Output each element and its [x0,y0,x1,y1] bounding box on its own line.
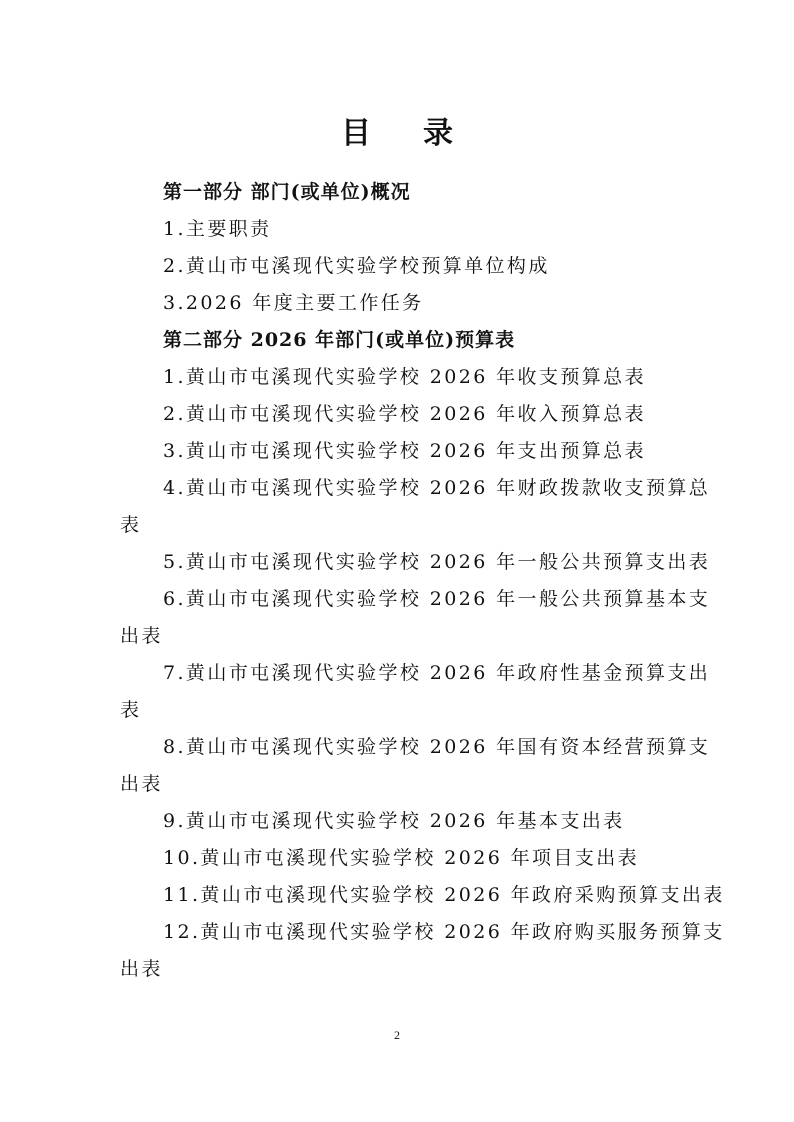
toc-item-continuation: 表 [120,507,700,544]
toc-item-continuation: 表 [120,692,700,729]
toc-item: 3.2026 年度主要工作任务 [120,285,700,322]
toc-item: 2.黄山市屯溪现代实验学校 2026 年收入预算总表 [120,396,700,433]
toc-item: 9.黄山市屯溪现代实验学校 2026 年基本支出表 [120,803,700,840]
toc-item: 2.黄山市屯溪现代实验学校预算单位构成 [120,248,700,285]
toc-item: 4.黄山市屯溪现代实验学校 2026 年财政拨款收支预算总 [120,470,700,507]
toc-item: 1.黄山市屯溪现代实验学校 2026 年收支预算总表 [120,359,700,396]
toc-item-continuation: 出表 [120,951,700,988]
toc-item: 3.黄山市屯溪现代实验学校 2026 年支出预算总表 [120,433,700,470]
toc-item: 1.主要职责 [120,211,700,248]
toc-part-2-heading: 第二部分 2026 年部门(或单位)预算表 [120,322,700,359]
toc-item-continuation: 出表 [120,618,700,655]
page-title: 目录 [0,108,794,152]
toc-item: 6.黄山市屯溪现代实验学校 2026 年一般公共预算基本支 [120,581,700,618]
title-char-right: 录 [423,108,453,152]
toc-item: 12.黄山市屯溪现代实验学校 2026 年政府购买服务预算支 [120,914,700,951]
title-char-left: 目 [341,108,371,152]
toc-item-continuation: 出表 [120,766,700,803]
toc-item: 8.黄山市屯溪现代实验学校 2026 年国有资本经营预算支 [120,729,700,766]
toc-item: 10.黄山市屯溪现代实验学校 2026 年项目支出表 [120,840,700,877]
toc-part-1-heading: 第一部分 部门(或单位)概况 [120,174,700,211]
table-of-contents: 第一部分 部门(或单位)概况 1.主要职责 2.黄山市屯溪现代实验学校预算单位构… [120,174,700,988]
page-number: 2 [0,1028,794,1043]
toc-item: 7.黄山市屯溪现代实验学校 2026 年政府性基金预算支出 [120,655,700,692]
toc-item: 5.黄山市屯溪现代实验学校 2026 年一般公共预算支出表 [120,544,700,581]
toc-item: 11.黄山市屯溪现代实验学校 2026 年政府采购预算支出表 [120,877,700,914]
